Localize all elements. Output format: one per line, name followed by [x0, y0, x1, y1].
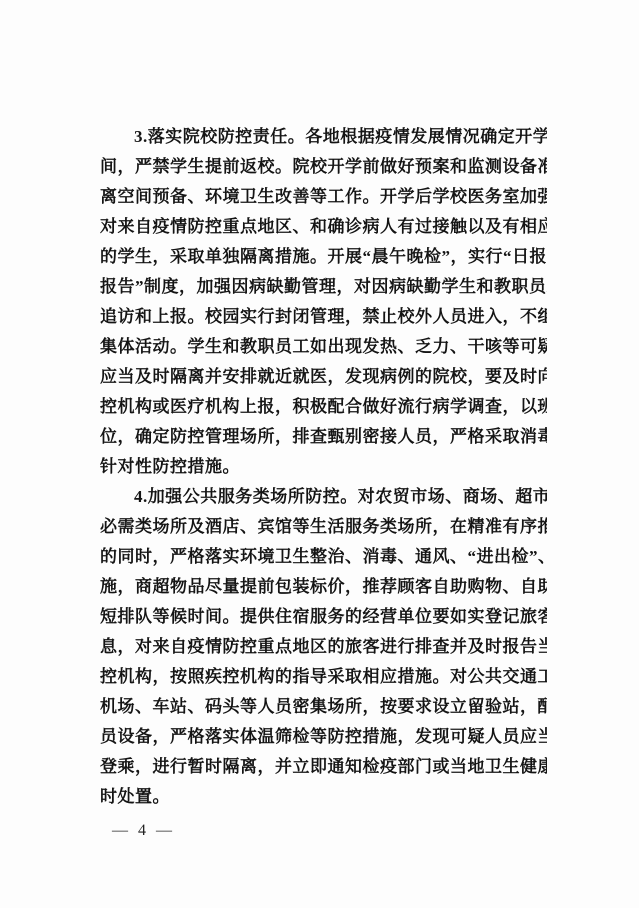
paragraph-item-4-public-service-places: 4.加强公共服务类场所防控。对农贸市场、商场、超市等生活必需类场所及酒店、宾馆等… [100, 482, 547, 812]
text-line: 员设备，严格落实体温筛检等防控措施，发现可疑人员应当劝阻其 [100, 722, 547, 752]
document-page: 3.落实院校防控责任。各地根据疫情发展情况确定开学时间，严禁学生提前返校。院校开… [0, 0, 639, 908]
text-line: 集体活动。学生和教职员工如出现发热、乏力、干咳等可疑症状， [100, 332, 547, 362]
text-line: 必需类场所及酒店、宾馆等生活服务类场所，在精准有序推动开业 [100, 512, 547, 542]
text-line: 的同时，严格落实环境卫生整治、消毒、通风、“进出检”、限流等措 [100, 542, 547, 572]
text-line: 针对性防控措施。 [100, 452, 547, 482]
text-line: 控机构，按照疾控机构的指导采取相应措施。对公共交通工具和 [100, 662, 547, 692]
text-line: 时处置。 [100, 782, 547, 812]
text-line: 机场、车站、码头等人员密集场所，按要求设立留验站，配备必要人 [100, 692, 547, 722]
document-body: 3.落实院校防控责任。各地根据疫情发展情况确定开学时间，严禁学生提前返校。院校开… [100, 122, 547, 812]
text-line: 4.加强公共服务类场所防控。对农贸市场、商场、超市等生活 [100, 482, 547, 512]
text-line: 3.落实院校防控责任。各地根据疫情发展情况确定开学时 [100, 122, 547, 152]
text-line: 追访和上报。校园实行封闭管理，禁止校外人员进入，不组织大型 [100, 302, 547, 332]
page-number: — 4 — [112, 822, 175, 840]
text-line: 间，严禁学生提前返校。院校开学前做好预案和监测设备准备、隔 [100, 152, 547, 182]
text-line: 施，商超物品尽量提前包装标价，推荐顾客自助购物、自助结算，缩 [100, 572, 547, 602]
text-line: 短排队等候时间。提供住宿服务的经营单位要如实登记旅客信 [100, 602, 547, 632]
text-line: 位，确定防控管理场所，排查甄别密接人员，严格采取消毒隔离等 [100, 422, 547, 452]
text-line: 息，对来自疫情防控重点地区的旅客进行排查并及时报告当地疾 [100, 632, 547, 662]
text-line: 报告”制度，加强因病缺勤管理，对因病缺勤学生和教职员工及时 [100, 272, 547, 302]
text-line: 应当及时隔离并安排就近就医，发现病例的院校，要及时向辖区疾 [100, 362, 547, 392]
text-line: 离空间预备、环境卫生改善等工作。开学后学校医务室加强监测， [100, 182, 547, 212]
text-line: 对来自疫情防控重点地区、和确诊病人有过接触以及有相应症状 [100, 212, 547, 242]
paragraph-item-3-school-prevention: 3.落实院校防控责任。各地根据疫情发展情况确定开学时间，严禁学生提前返校。院校开… [100, 122, 547, 482]
text-line: 登乘，进行暂时隔离，并立即通知检疫部门或当地卫生健康部门及 [100, 752, 547, 782]
text-line: 的学生，采取单独隔离措施。开展“晨午晚检”，实行“日报告”、“零 [100, 242, 547, 272]
text-line: 控机构或医疗机构上报，积极配合做好流行病学调查，以班级为单 [100, 392, 547, 422]
